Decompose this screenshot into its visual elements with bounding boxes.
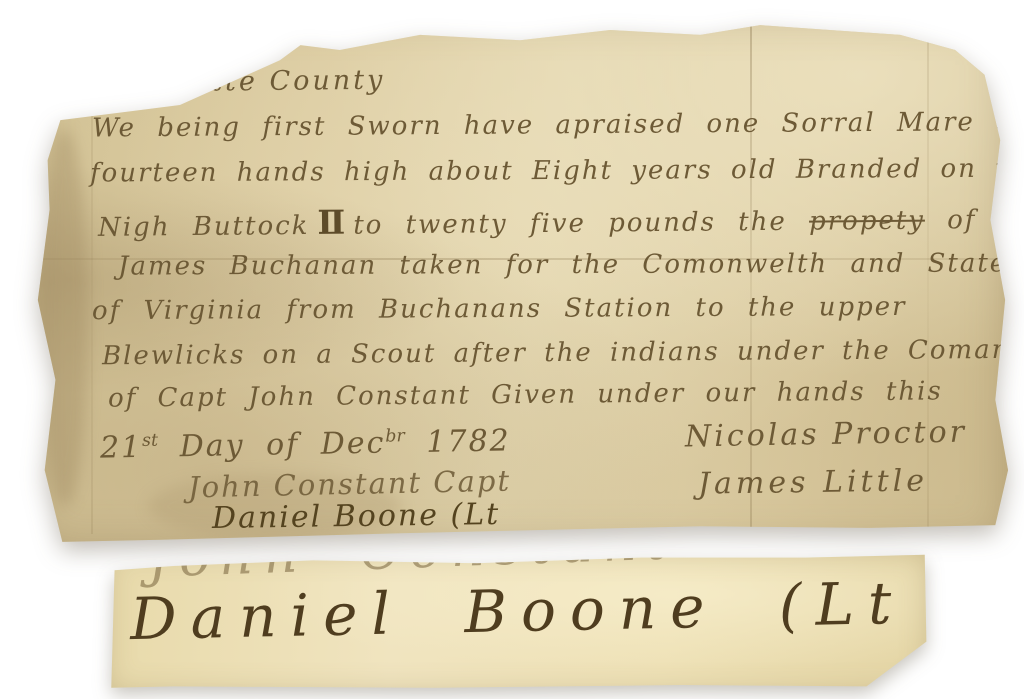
body-line-7: of Capt John Constant Given under our ha… bbox=[108, 378, 943, 411]
vertical-fold-crease-left bbox=[91, 21, 93, 534]
brand-line-pre: Nigh Buttock bbox=[98, 211, 310, 243]
photo-of-document: Fayette County We being first Sworn have… bbox=[0, 0, 1024, 699]
body-line-3: Nigh ButtockⅡto twenty five pounds the p… bbox=[98, 200, 977, 241]
aged-paper-sheet: Fayette County We being first Sworn have… bbox=[30, 10, 1010, 550]
horse-brand-mark: Ⅱ bbox=[309, 203, 353, 242]
date-month-suffix: br bbox=[385, 426, 405, 446]
signature-james-little: James Little bbox=[698, 466, 928, 499]
body-line-2: fourteen hands high about Eight years ol… bbox=[90, 156, 1024, 187]
date-line: 21st Day of Decbr 1782 bbox=[100, 426, 511, 463]
date-day-suffix: st bbox=[142, 431, 158, 451]
date-year: 1782 bbox=[426, 423, 511, 459]
manuscript-photo: Fayette County We being first Sworn have… bbox=[30, 10, 1010, 550]
signature-nicolas-proctor: Nicolas Proctor bbox=[685, 418, 967, 453]
body-line-5: of Virginia from Buchanans Station to th… bbox=[92, 294, 907, 324]
body-line-1: We being first Sworn have apraised one S… bbox=[92, 109, 1024, 142]
body-line-6: Blewlicks on a Scout after the indians u… bbox=[102, 337, 1024, 369]
signature-daniel-boone: Daniel Boone (Lt bbox=[212, 500, 501, 534]
struck-word: propety bbox=[809, 206, 925, 237]
date-middle: Day of Dec bbox=[179, 426, 385, 465]
strip-paper: John Constant Ca Daniel Boone (Lt bbox=[108, 552, 928, 692]
paper-stain bbox=[40, 129, 89, 507]
brand-line-mid: to twenty five pounds the bbox=[353, 207, 787, 241]
body-line-4: James Buchanan taken for the Comonwelth … bbox=[118, 250, 1007, 279]
strip-signature-daniel-boone: Daniel Boone (Lt bbox=[129, 574, 905, 648]
brand-line-post: of bbox=[947, 205, 977, 235]
date-day: 21 bbox=[100, 430, 143, 466]
signature-detail-strip: John Constant Ca Daniel Boone (Lt bbox=[108, 552, 928, 692]
county-heading: Fayette County bbox=[135, 67, 386, 97]
